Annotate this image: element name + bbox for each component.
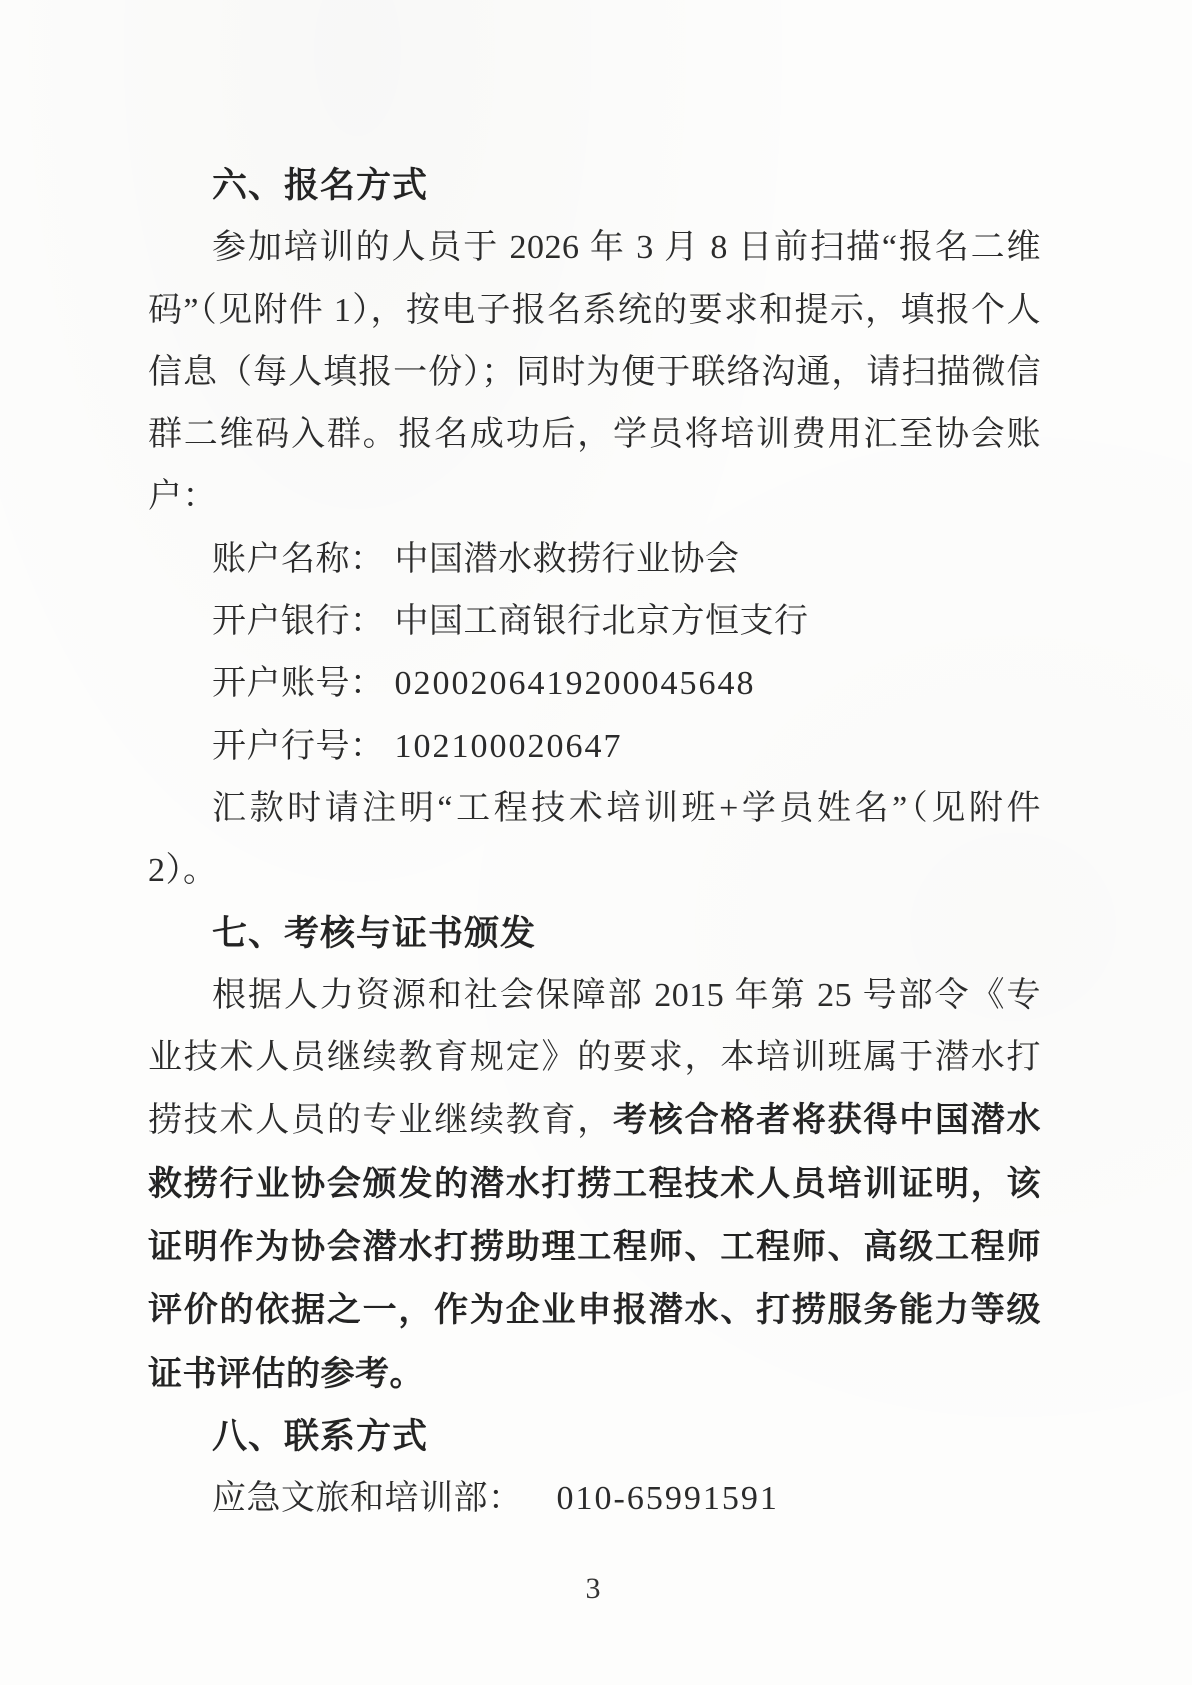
- bank-branch-code-label: 开户行号：: [212, 728, 385, 765]
- contact-line: 应急文旅和培训部：010-65991591: [148, 1468, 1041, 1530]
- contact-department-label: 应急文旅和培训部：: [212, 1480, 523, 1517]
- section-6-heading: 六、报名方式: [148, 155, 1041, 217]
- page-number: 3: [0, 1570, 1186, 1608]
- section-6-paragraph-text: 参加培训的人员于 2026 年 3 月 8 日前扫描“报名二维码”（见附件 1）…: [148, 229, 1041, 515]
- bank-branch-code-line: 开户行号：102100020647: [148, 716, 1041, 778]
- account-number-value: 0200206419200045648: [395, 665, 756, 702]
- bank-name-label: 开户银行：: [212, 603, 385, 640]
- document-content: 六、报名方式 参加培训的人员于 2026 年 3 月 8 日前扫描“报名二维码”…: [148, 155, 1041, 1531]
- contact-phone-number: 010-65991591: [557, 1480, 779, 1517]
- bank-branch-code-value: 102100020647: [395, 728, 623, 765]
- section-7-paragraph: 根据人力资源和社会保障部 2015 年第 25 号部令《专业技术人员继续教育规定…: [148, 965, 1041, 1406]
- bank-name-value: 中国工商银行北京方恒支行: [395, 603, 809, 640]
- remittance-note-text: 汇款时请注明“工程技术培训班+学员姓名”（见附件 2）。: [148, 790, 1041, 889]
- account-number-line: 开户账号：0200206419200045648: [148, 653, 1041, 715]
- bank-name-line: 开户银行：中国工商银行北京方恒支行: [148, 591, 1041, 653]
- section-6-paragraph: 参加培训的人员于 2026 年 3 月 8 日前扫描“报名二维码”（见附件 1）…: [148, 217, 1041, 528]
- remittance-note: 汇款时请注明“工程技术培训班+学员姓名”（见附件 2）。: [148, 778, 1041, 903]
- document-page: 六、报名方式 参加培训的人员于 2026 年 3 月 8 日前扫描“报名二维码”…: [0, 0, 1192, 1685]
- section-8-heading: 八、联系方式: [148, 1406, 1041, 1468]
- account-name-value: 中国潜水救捞行业协会: [395, 541, 740, 578]
- account-number-label: 开户账号：: [212, 665, 385, 702]
- section-7-heading: 七、考核与证书颁发: [148, 903, 1041, 965]
- account-name-line: 账户名称：中国潜水救捞行业协会: [148, 529, 1041, 591]
- section-7-paragraph-bold: 考核合格者将获得中国潜水救捞行业协会颁发的潜水打捞工程技术人员培训证明，该证明作…: [148, 1101, 1041, 1392]
- account-name-label: 账户名称：: [212, 541, 385, 578]
